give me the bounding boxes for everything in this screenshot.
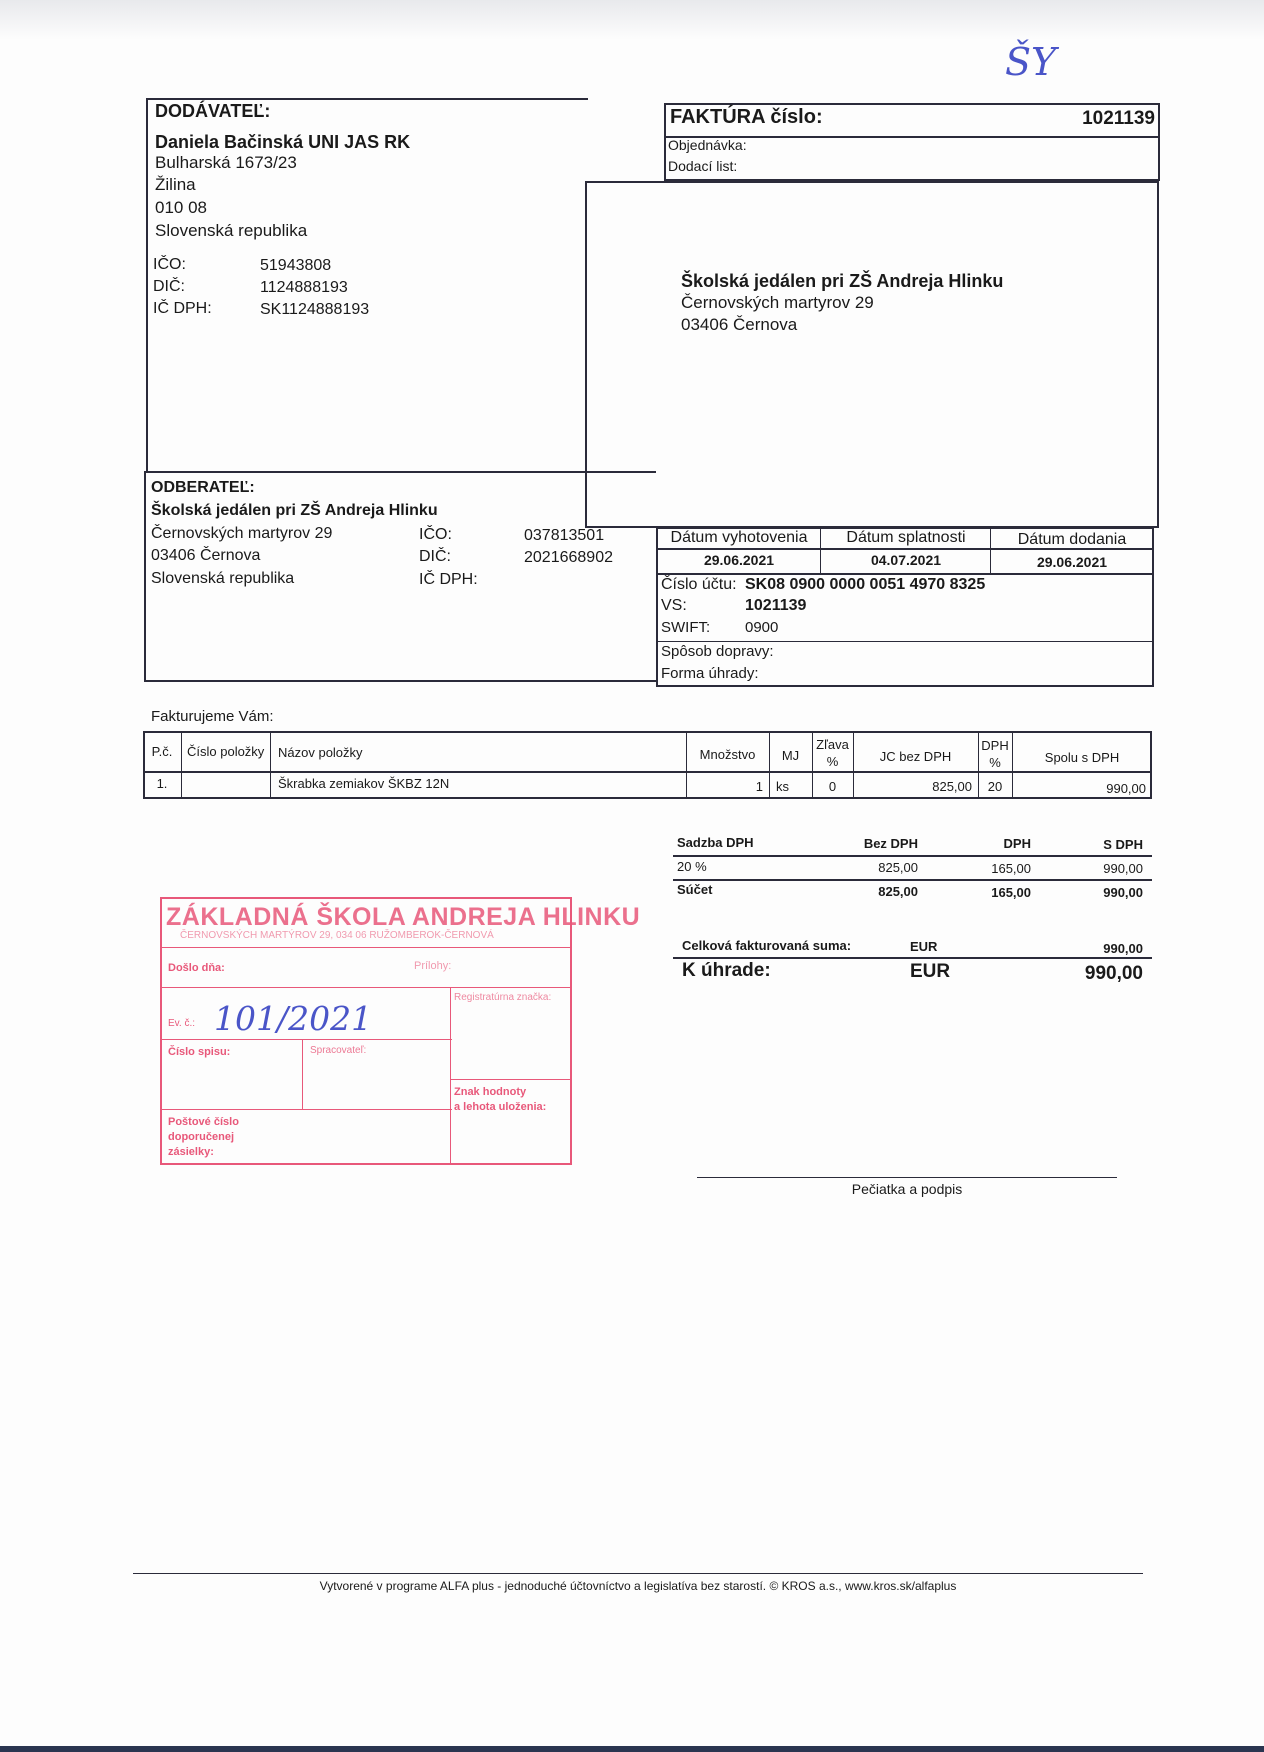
- customer-heading: ODBERATEĽ:: [151, 480, 255, 496]
- vat-row-vat: 165,00: [940, 862, 1031, 875]
- handwritten-initials: ŠY: [1005, 40, 1056, 84]
- col-discount: Zľava: [812, 738, 853, 751]
- col-name: Názov položky: [278, 746, 363, 759]
- vat-sum-vat: 165,00: [940, 886, 1031, 899]
- divider: [769, 731, 770, 799]
- col-total: Spolu s DPH: [1012, 751, 1152, 764]
- supplier-icdph-label: IČ DPH:: [153, 301, 212, 317]
- dates-payment-box: [656, 527, 1154, 687]
- delivery-date-label: Dátum dodania: [992, 532, 1152, 548]
- invoice-number: 1021139: [1082, 109, 1155, 128]
- postal-label-1: Poštové číslo: [168, 1117, 239, 1128]
- divider: [162, 987, 570, 988]
- invoiced-total-amount: 990,00: [1040, 942, 1143, 955]
- col-pc: P.č.: [143, 745, 181, 758]
- due-date-label: Dátum splatnosti: [822, 530, 990, 546]
- address-city: 03406 Černova: [681, 316, 797, 333]
- issue-date-label: Dátum vyhotovenia: [658, 530, 820, 546]
- col-vat-pct: %: [978, 756, 1012, 769]
- supplier-dic-label: DIČ:: [153, 279, 185, 295]
- vat-sum-total: 990,00: [1040, 886, 1143, 899]
- transport-label: Spôsob dopravy:: [661, 644, 774, 659]
- vat-row-rate: 20 %: [677, 860, 707, 873]
- col-code: Číslo položky: [187, 745, 264, 758]
- customer-ico-label: IČO:: [419, 527, 452, 543]
- supplier-zip: 010 08: [155, 199, 207, 216]
- customer-ico: 037813501: [524, 528, 604, 544]
- col-unit: MJ: [769, 749, 812, 762]
- vat-col-vat: DPH: [940, 837, 1031, 850]
- signature-line: [697, 1177, 1117, 1178]
- vs-label: VS:: [661, 598, 687, 614]
- row-vat: 20: [978, 780, 1012, 793]
- delivery-date: 29.06.2021: [992, 555, 1152, 569]
- delivery-note-label: Dodací list:: [668, 159, 737, 173]
- divider: [450, 1079, 570, 1080]
- row-unit-price: 825,00: [853, 780, 972, 793]
- swift-value: 0900: [745, 620, 778, 635]
- registry-mark-label: Registratúrna značka:: [454, 993, 551, 1003]
- supplier-city: Žilina: [155, 176, 196, 193]
- invoiced-total-currency: EUR: [910, 940, 937, 953]
- scan-edge-bottom: [0, 1746, 1264, 1752]
- divider: [656, 641, 1154, 642]
- row-pc: 1.: [143, 777, 181, 790]
- divider: [270, 731, 271, 799]
- vat-sum-base: 825,00: [800, 885, 918, 898]
- supplier-heading: DODÁVATEĽ:: [155, 102, 270, 120]
- row-name: Škrabka zemiakov ŠKBZ 12N: [278, 777, 449, 790]
- row-total: 990,00: [1012, 782, 1146, 795]
- stamp-title: ZÁKLADNÁ ŠKOLA ANDREJA HLINKU: [166, 905, 640, 930]
- vat-col-total: S DPH: [1040, 838, 1143, 851]
- vat-row-total: 990,00: [1040, 862, 1143, 875]
- account-number: SK08 0900 0000 0051 4970 8325: [745, 577, 985, 593]
- customer-street: Černovských martyrov 29: [151, 526, 332, 542]
- handler-label: Spracovateľ:: [310, 1046, 366, 1056]
- footer-line: [133, 1573, 1143, 1574]
- row-unit: ks: [776, 780, 789, 793]
- supplier-dic: 1124888193: [260, 280, 348, 296]
- registry-stamp: ZÁKLADNÁ ŠKOLA ANDREJA HLINKU ČERNOVSKÝC…: [160, 897, 572, 1165]
- col-discount-pct: %: [812, 755, 853, 768]
- divider: [162, 947, 570, 948]
- retention-label-2: a lehota uloženia:: [454, 1102, 546, 1113]
- received-label: Došlo dňa:: [168, 963, 225, 974]
- stamp-subtitle: ČERNOVSKÝCH MARTÝROV 29, 034 06 RUŽOMBER…: [180, 931, 494, 941]
- invoice-title: FAKTÚRA číslo:: [670, 107, 823, 127]
- divider: [302, 1039, 303, 1109]
- divider: [162, 1039, 452, 1040]
- retention-label-1: Znak hodnoty: [454, 1087, 526, 1098]
- divider: [450, 987, 451, 1163]
- divider: [656, 573, 1154, 575]
- divider: [990, 527, 991, 573]
- supplier-street: Bulharská 1673/23: [155, 154, 297, 171]
- attachments-label: Prílohy:: [414, 961, 451, 972]
- amount-due: 990,00: [1020, 964, 1143, 983]
- payment-method-label: Forma úhrady:: [661, 666, 759, 681]
- supplier-ico-label: IČO:: [153, 257, 186, 273]
- address-window: [585, 181, 1159, 528]
- reg-number-label: Ev. č.:: [168, 1019, 195, 1029]
- postal-label-3: zásielky:: [168, 1147, 214, 1158]
- divider: [673, 957, 1152, 959]
- items-intro: Fakturujeme Vám:: [151, 709, 274, 724]
- supplier-icdph: SK1124888193: [260, 302, 369, 318]
- invoiced-total-label: Celková fakturovaná suma:: [682, 939, 851, 952]
- address-name: Školská jedálen pri ZŠ Andreja Hlinku: [681, 272, 1003, 290]
- issue-date: 29.06.2021: [658, 553, 820, 567]
- postal-label-2: doporučenej: [168, 1132, 234, 1143]
- scan-shadow-top: [0, 0, 1264, 40]
- vat-row-base: 825,00: [800, 861, 918, 874]
- supplier-ico: 51943808: [260, 258, 331, 274]
- col-vat: DPH: [978, 739, 1012, 752]
- file-number-label: Číslo spisu:: [168, 1047, 230, 1058]
- divider: [673, 879, 1152, 881]
- supplier-name: Daniela Bačinská UNI JAS RK: [155, 133, 410, 151]
- amount-due-label: K úhrade:: [682, 961, 771, 980]
- reg-number-value: 101/2021: [214, 999, 372, 1038]
- vat-sum-label: Súčet: [677, 883, 712, 896]
- divider: [162, 1109, 452, 1110]
- customer-dic: 2021668902: [524, 550, 613, 566]
- customer-name: Školská jedálen pri ZŠ Andreja Hlinku: [151, 503, 438, 519]
- due-date: 04.07.2021: [822, 553, 990, 567]
- vat-col-base: Bez DPH: [800, 837, 918, 850]
- customer-dic-label: DIČ:: [419, 549, 451, 565]
- supplier-country: Slovenská republika: [155, 222, 307, 239]
- customer-icdph-label: IČ DPH:: [419, 572, 478, 588]
- order-label: Objednávka:: [668, 138, 747, 152]
- divider: [673, 855, 1152, 857]
- signature-label: Pečiatka a podpis: [697, 1182, 1117, 1196]
- customer-city: 03406 Černova: [151, 548, 260, 564]
- swift-label: SWIFT:: [661, 620, 710, 635]
- col-unit-price: JC bez DPH: [853, 750, 978, 763]
- row-qty: 1: [686, 780, 763, 793]
- vat-col-rate: Sadzba DPH: [677, 836, 754, 849]
- row-discount: 0: [812, 780, 853, 793]
- customer-country: Slovenská republika: [151, 571, 294, 587]
- col-qty: Množstvo: [686, 748, 769, 761]
- account-label: Číslo účtu:: [661, 577, 737, 593]
- vs-value: 1021139: [745, 598, 806, 614]
- divider: [181, 731, 182, 799]
- divider: [656, 548, 1154, 550]
- divider: [143, 771, 1152, 773]
- amount-due-currency: EUR: [910, 962, 950, 981]
- footer-text: Vytvorené v programe ALFA plus - jednodu…: [133, 1580, 1143, 1592]
- divider: [820, 527, 821, 573]
- address-street: Černovských martyrov 29: [681, 294, 874, 311]
